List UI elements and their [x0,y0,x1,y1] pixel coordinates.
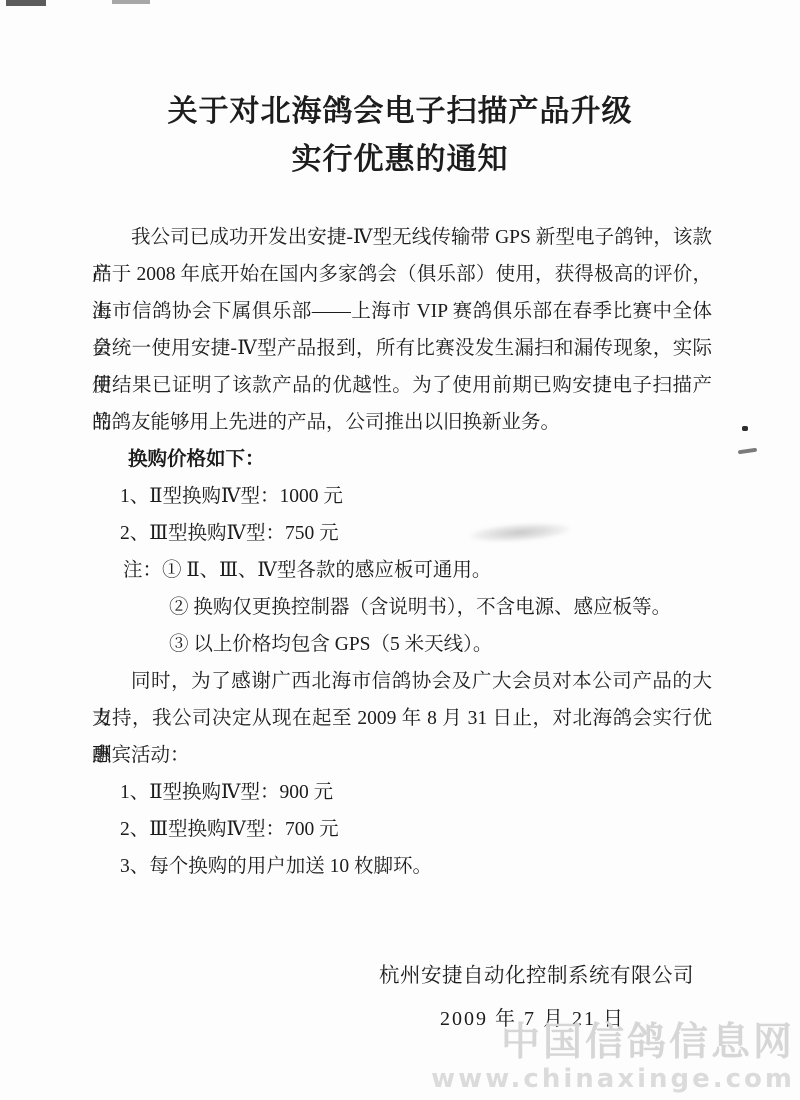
notice-title: 关于对北海鸽会电子扫描产品升级 实行优惠的通知 [0,88,800,184]
site-watermark: 中国信鸽信息网 www.chinaxinge.com [235,1022,795,1094]
price-item: 1、Ⅱ型换购Ⅳ型：1000 元 [92,478,712,515]
paragraph1-line: 的鸽友能够用上先进的产品，公司推出以旧换新业务。 [92,404,712,441]
note-line: ② 换购仅更换控制器（含说明书），不含电源、感应板等。 [92,589,712,626]
note-line: ③ 以上价格均包含 GPS（5 米天线）。 [92,626,712,663]
notice-body: 我公司已成功开发出安捷-Ⅳ型无线传输带 GPS 新型电子鸽钟，该款产 品于 20… [92,219,712,885]
scanned-document-page: 关于对北海鸽会电子扫描产品升级 实行优惠的通知 我公司已成功开发出安捷-Ⅳ型无线… [0,0,800,1100]
paragraph1-line: 用结果已证明了该款产品的优越性。为了使用前期已购安捷电子扫描产品 [92,367,712,404]
paragraph2-line: 同时，为了感谢广西北海市信鸽协会及广大会员对本公司产品的大力 [92,663,712,700]
promo-item: 2、Ⅲ型换购Ⅳ型：700 元 [92,811,712,848]
scan-edge-mark [112,0,150,4]
paragraph1-line: 我公司已成功开发出安捷-Ⅳ型无线传输带 GPS 新型电子鸽钟，该款产 [92,219,712,256]
scan-edge-mark [6,0,46,6]
paragraph1-line: 员统一使用安捷-Ⅳ型产品报到，所有比赛没发生漏扫和漏传现象，实际使 [92,330,712,367]
signature-company: 杭州安捷自动化控制系统有限公司 [379,958,694,988]
pen-mark-dash [738,448,757,455]
watermark-site-url: www.chinaxinge.com [235,1064,795,1094]
paragraph1-line: 品于 2008 年底开始在国内多家鸽会（俱乐部）使用，获得极高的评价，上 [92,256,712,293]
notice-title-line1: 关于对北海鸽会电子扫描产品升级 [0,88,800,136]
notice-title-line2: 实行优惠的通知 [0,136,800,184]
pen-mark-dot [742,426,748,431]
paragraph2-line: 酬宾活动： [92,737,712,774]
promo-item: 1、Ⅱ型换购Ⅳ型：900 元 [92,774,712,811]
paragraph2-line: 支持，我公司决定从现在起至 2009 年 8 月 31 日止，对北海鸽会实行优惠 [92,700,712,737]
promo-item: 3、每个换购的用户加送 10 枚脚环。 [92,848,712,885]
price-list-header: 换购价格如下： [92,441,712,478]
paragraph1-line: 海市信鸽协会下属俱乐部——上海市 VIP 赛鸽俱乐部在春季比赛中全体会 [92,293,712,330]
note-line: 注：① Ⅱ、Ⅲ、Ⅳ型各款的感应板可通用。 [92,552,712,589]
watermark-site-name: 中国信鸽信息网 [235,1022,795,1064]
price-item: 2、Ⅲ型换购Ⅳ型：750 元 [92,515,712,552]
